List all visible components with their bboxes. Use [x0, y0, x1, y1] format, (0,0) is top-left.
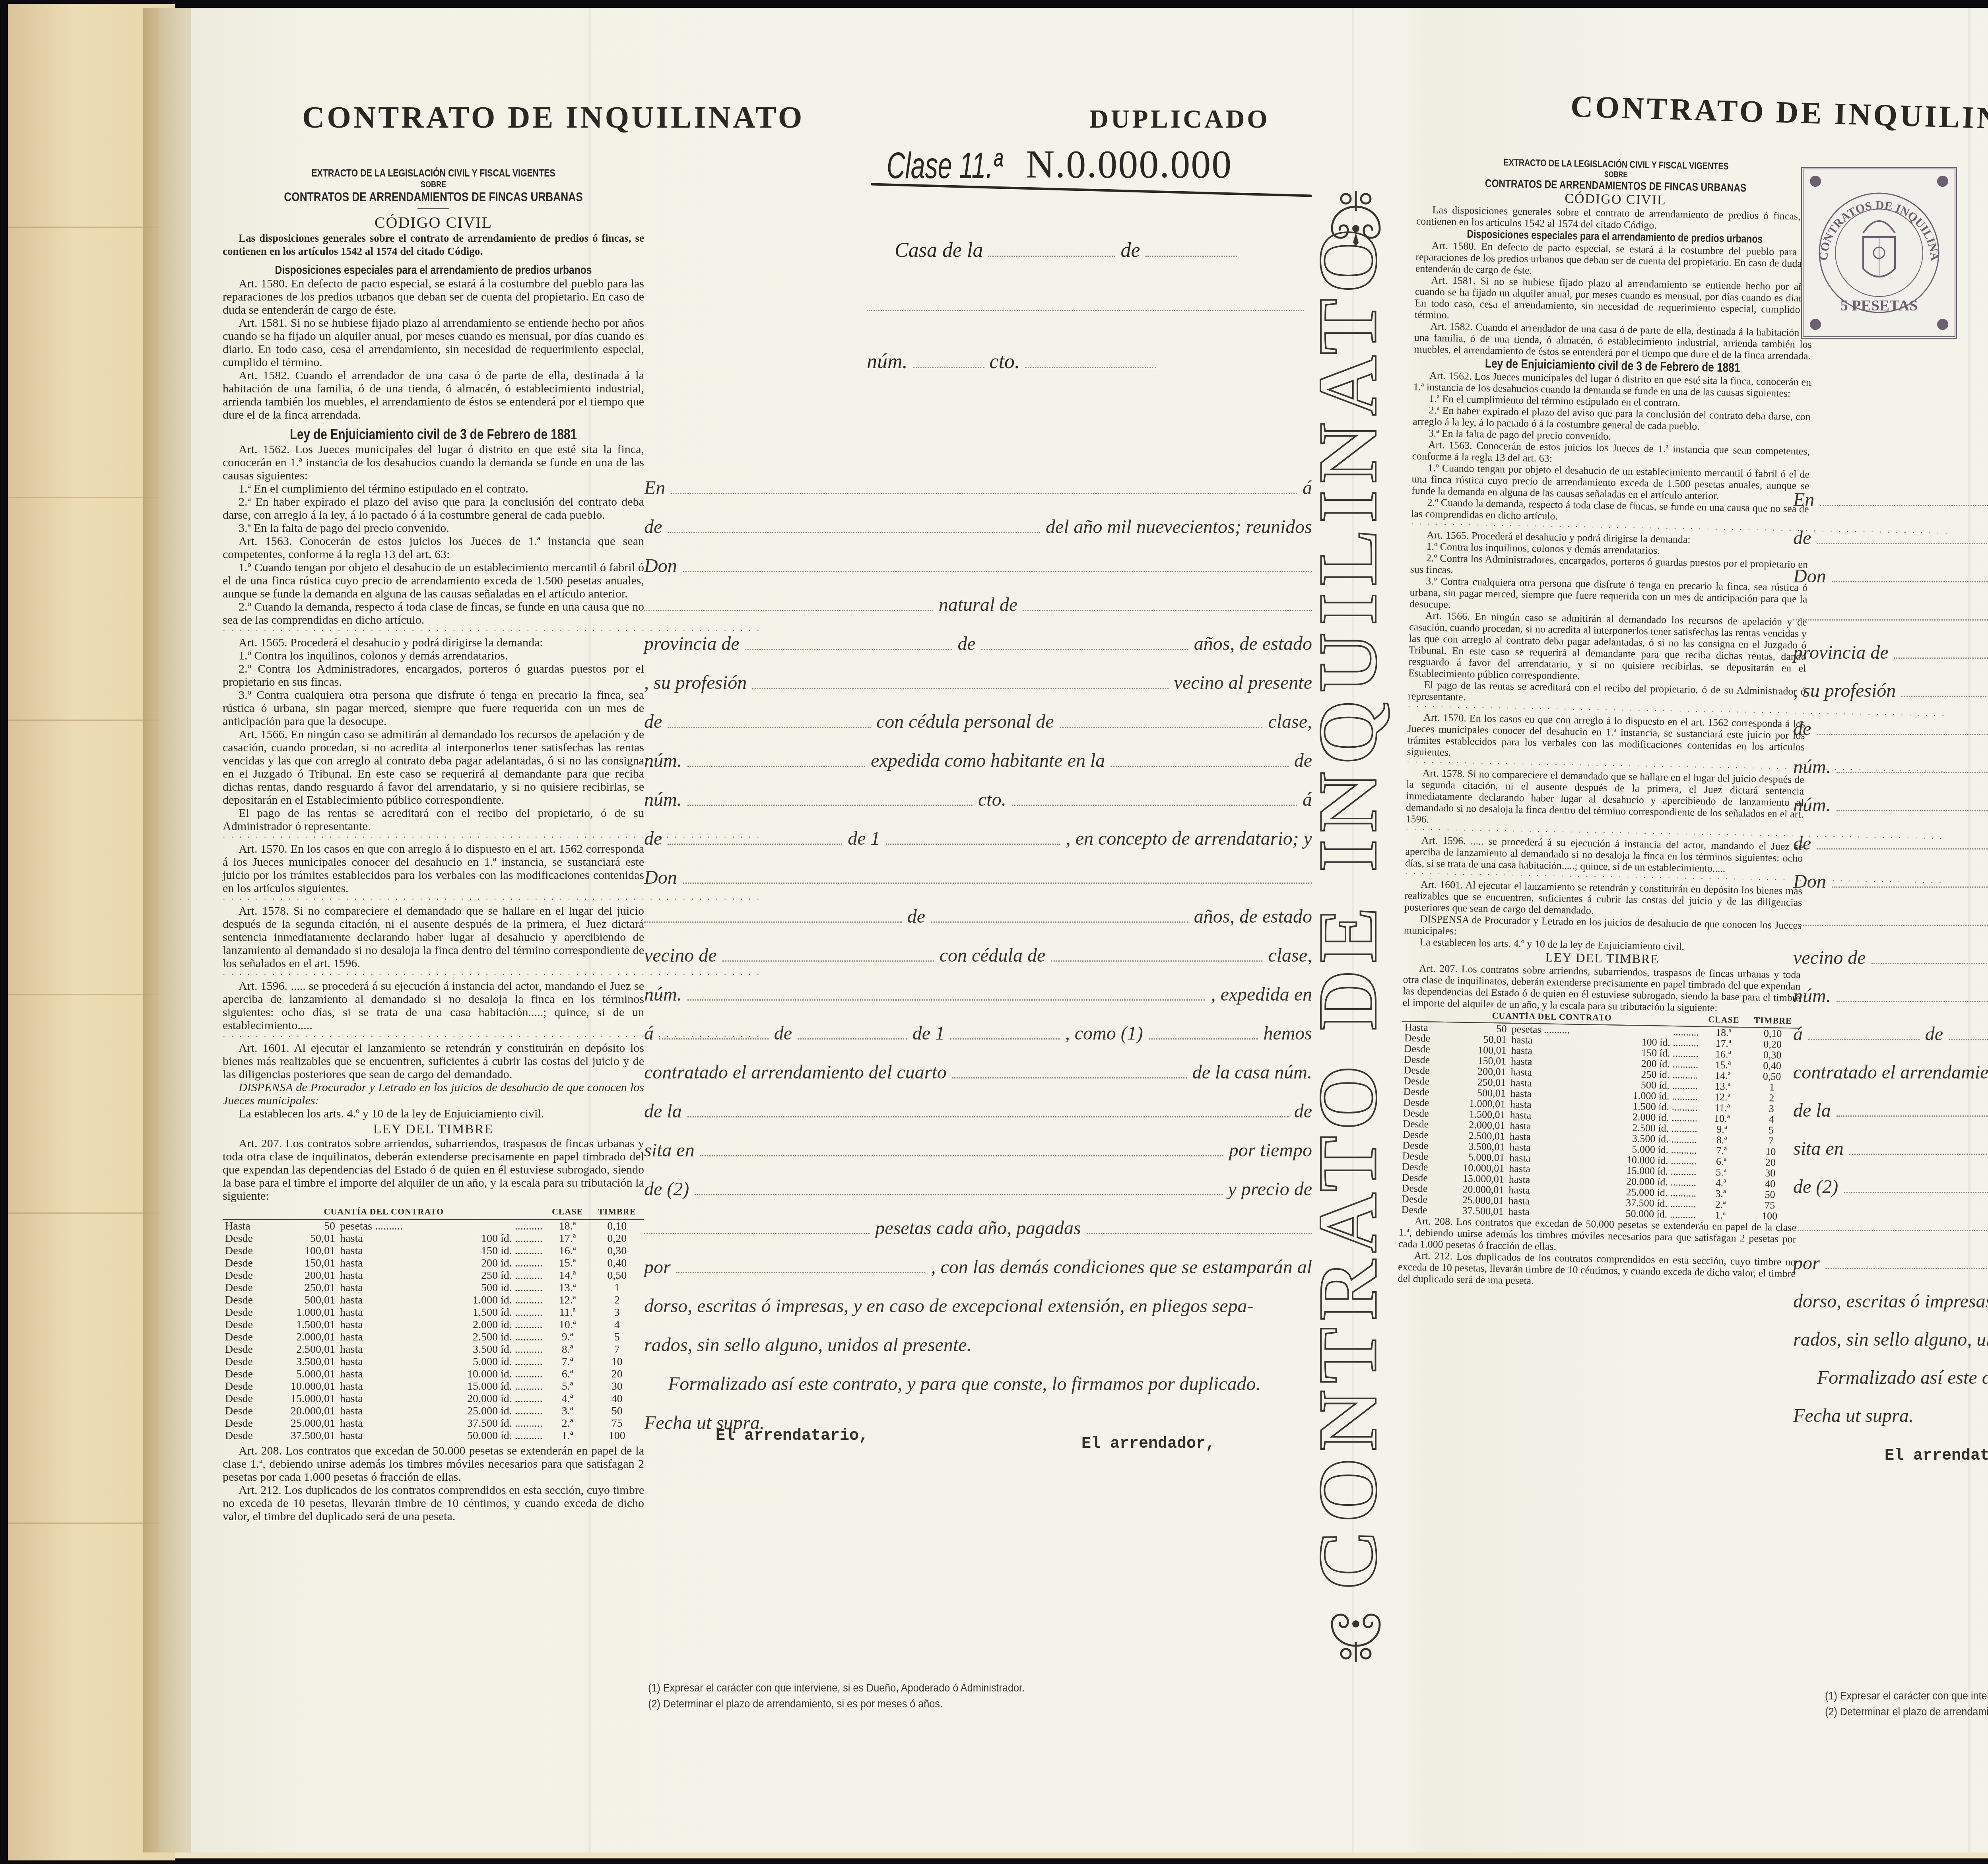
table-row: Desde100,01hasta150 íd. ..........16.ª0,… [223, 1245, 644, 1257]
form-label: de la [644, 1100, 682, 1122]
form-label: años, de estado [1194, 633, 1312, 655]
form-label: Formalizado así este contrato, y para qu… [644, 1373, 1261, 1395]
form-line: núm., expedida en [644, 983, 1312, 1005]
form-blank[interactable] [1817, 834, 1988, 850]
form-label: , con las demás condiciones que se estam… [931, 1256, 1312, 1278]
table-row: Desde150,01hasta200 íd. ..........15.ª0,… [223, 1257, 644, 1269]
form-line: rados, sin sello alguno, unidos al prese… [644, 1334, 1312, 1356]
form-label: Don [1793, 871, 1826, 892]
form-label: por tiempo [1229, 1139, 1312, 1161]
form-line: vecino decon cédula declase, [644, 945, 1312, 966]
codigo-civil-heading: CÓDIGO CIVIL [223, 213, 644, 232]
form-line: decon cédula personal declase, [644, 711, 1312, 733]
form-blank[interactable] [722, 946, 934, 962]
water-stain [143, 8, 191, 1852]
table-row: Desde200,01hasta250 íd. ..........14.ª0,… [223, 1269, 644, 1282]
form-line: por, con las demás condiciones que se es… [1793, 1252, 1988, 1274]
form-blank[interactable] [1837, 987, 1988, 1002]
form-line: núm.cto.á [1793, 794, 1988, 816]
form-label: núm. [644, 983, 682, 1005]
form-line: , su profesiónvecino al presente [1793, 680, 1988, 702]
form-blank[interactable] [683, 868, 1312, 884]
form-blank[interactable] [952, 1063, 1187, 1078]
footnote-1: (1) Expresar el carácter con que intervi… [648, 1682, 1025, 1694]
table-row: Hasta50pesetas .......... ..........18.ª… [223, 1220, 644, 1232]
right-footnote-1: (1) Expresar el carácter con que intervi… [1825, 1689, 1988, 1702]
footnote-2: (2) Determinar el plazo de arrendamiento… [648, 1697, 943, 1710]
left-page-title: CONTRATO DE INQUILINATO [302, 99, 804, 135]
form-line: Don [1793, 565, 1988, 587]
form-label: con cédula de [940, 945, 1046, 966]
timbre-scale-table: CUANTÍA DEL CONTRATO CLASE TIMBRE Hasta5… [223, 1205, 644, 1442]
form-label: , en concepto de arrendatario; y [1066, 828, 1312, 850]
form-line: deaños, de estado [644, 906, 1312, 927]
form-line: dede 1, en concepto de arrendatario; y [1793, 832, 1988, 854]
table-row: Desde10.000,01hasta15.000 íd. ..........… [223, 1380, 644, 1393]
table-row: Desde250,01hasta500 íd. ..........13.ª1 [223, 1282, 644, 1294]
form-label: dorso, escritas ó impresas, y en caso de… [1793, 1290, 1988, 1312]
casa-blank[interactable] [988, 241, 1115, 257]
form-line: por, con las demás condiciones que se es… [644, 1256, 1312, 1278]
signature-label-tenant: El arrendatario, [716, 1427, 868, 1445]
contract-number: N.0.000.000 [1026, 141, 1232, 187]
form-label: Don [1793, 565, 1826, 587]
table-row: Desde2.000,01hasta2.500 íd. ..........9.… [223, 1331, 644, 1343]
form-blank[interactable] [644, 907, 902, 923]
form-line: núm.cto.á [644, 789, 1312, 811]
form-line: decon cédula personal declase, [1793, 718, 1988, 740]
form-blank[interactable] [798, 1024, 907, 1040]
form-label: de [1793, 832, 1811, 854]
form-line: de lade [1793, 1100, 1988, 1121]
form-blank[interactable] [668, 518, 1040, 533]
form-blank[interactable] [644, 1219, 870, 1234]
form-line: Ená [644, 477, 1312, 499]
right-legal-column: EXTRACTO DE LA LEGISLACIÓN CIVIL Y FISCA… [1398, 155, 1815, 1291]
form-label: de [644, 828, 662, 850]
form-blank[interactable] [1149, 1024, 1258, 1040]
form-line: dedel año mil nuevecientos; reunidos [644, 516, 1312, 538]
ornament-bottom-icon [1320, 1606, 1392, 1662]
form-line: núm.expedida como habitante en lade [1793, 756, 1988, 778]
form-line: vecino decon cédula declase, [1793, 947, 1988, 969]
form-blank[interactable] [1060, 712, 1263, 728]
form-line: rados, sin sello alguno, unidos al prese… [1793, 1329, 1988, 1350]
form-blank[interactable] [683, 557, 1312, 572]
form-blank[interactable] [1817, 720, 1988, 735]
form-blank[interactable] [1817, 529, 1988, 544]
form-label: de [1793, 718, 1811, 740]
form-blank[interactable] [668, 712, 871, 728]
form-label: de [774, 1022, 792, 1044]
form-line: Don [644, 867, 1312, 888]
form-line: dorso, escritas ó impresas, y en caso de… [644, 1295, 1312, 1317]
form-blank[interactable] [1949, 1025, 1988, 1040]
svg-text:5 PESETAS: 5 PESETAS [1840, 297, 1918, 314]
form-line: ádede 1, como (1)hemos [644, 1022, 1312, 1044]
form-blank[interactable] [1051, 946, 1262, 962]
form-blank[interactable] [671, 479, 1297, 494]
table-row: Desde20.000,01hasta25.000 íd. ..........… [223, 1405, 644, 1417]
form-blank[interactable] [1110, 751, 1288, 767]
form-label: de la [1793, 1100, 1831, 1121]
form-label: con cédula personal de [876, 711, 1054, 733]
form-label: provincia de [1793, 642, 1888, 663]
form-line: núm.expedida como habitante en lade [644, 750, 1312, 772]
timbre-scale-table-right: CUANTÍA DEL CONTRATOCLASETIMBRE Hasta50p… [1399, 1008, 1800, 1222]
form-blank[interactable] [1793, 1216, 1988, 1231]
coat-of-arms-icon: CONTRATOS DE INQUILINATO 1900 5 PESETAS [1804, 169, 1955, 336]
form-line: pesetas cada año, pagadas [644, 1217, 1312, 1239]
form-label: expedida como habitante en la [871, 750, 1105, 772]
form-line: provincia dedeaños, de estado [644, 633, 1312, 655]
form-blank[interactable] [1872, 948, 1988, 964]
casa-de-la-field: Casa de la de [895, 239, 1237, 262]
form-label: núm. [644, 750, 682, 772]
form-blank[interactable] [1837, 758, 1988, 773]
form-blank[interactable] [1849, 1139, 1988, 1155]
svg-text:CONTRATOS DE INQUILINATO 1900: CONTRATOS DE INQUILINATO 1900 [1804, 169, 1941, 262]
form-line: de (2)y precio de [644, 1178, 1312, 1200]
form-label: por [1793, 1252, 1820, 1274]
form-line: Ená [1793, 489, 1988, 511]
form-blank[interactable] [1837, 796, 1988, 811]
form-blank[interactable] [687, 985, 1206, 1001]
num-cto-field: núm. cto. [867, 350, 1156, 373]
form-blank[interactable] [1837, 1101, 1988, 1117]
table-row: Desde25.000,01hasta37.500 íd. ..........… [223, 1417, 644, 1430]
form-blank[interactable] [981, 634, 1188, 650]
form-label: sita en [644, 1139, 695, 1161]
form-blank[interactable] [1023, 595, 1312, 611]
form-blank[interactable] [950, 1024, 1060, 1040]
form-label: vecino al presente [1174, 672, 1312, 694]
form-label: del año mil nuevecientos; reunidos [1046, 516, 1312, 538]
form-blank[interactable] [676, 1258, 926, 1273]
fiscal-stamp: CONTRATOS DE INQUILINATO 1900 5 PESETAS [1801, 167, 1957, 339]
form-blank[interactable] [1012, 790, 1297, 806]
table-row: Desde500,01hasta1.000 íd. ..........12.ª… [223, 1294, 644, 1306]
duplicado-label: DUPLICADO [1089, 104, 1270, 134]
form-blank[interactable] [1844, 1177, 1988, 1193]
form-label: Don [644, 867, 677, 888]
form-blank[interactable] [700, 1141, 1223, 1156]
vertical-title: CONTRATO DE INQUILINATO [1300, 221, 1396, 1590]
form-line: dede 1, en concepto de arrendatario; y [644, 828, 1312, 850]
form-line: deaños, de estado [1793, 909, 1988, 931]
table-row: Desde1.500,01hasta2.000 íd. ..........10… [223, 1319, 644, 1331]
form-label: Fecha ut supra. [1793, 1405, 1914, 1427]
form-blank[interactable] [886, 829, 1060, 845]
form-line: Don [1793, 871, 1988, 892]
form-line: núm., expedida en [1793, 985, 1988, 1007]
form-label: y precio de [1228, 1178, 1312, 1200]
form-label: por [644, 1256, 671, 1278]
form-line: dorso, escritas ó impresas, y en caso de… [1793, 1290, 1988, 1312]
right-footnote-2: (2) Determinar el plazo de arrendamiento… [1825, 1705, 1988, 1718]
form-blank[interactable] [695, 1180, 1222, 1195]
form-line: natural de [644, 594, 1312, 616]
form-label: de [644, 711, 662, 733]
form-blank[interactable] [1825, 1254, 1988, 1269]
form-blank[interactable] [931, 907, 1188, 923]
form-label: En [1793, 489, 1814, 511]
form-label: sita en [1793, 1138, 1844, 1160]
clase-label: Clase 11.ª [887, 145, 1002, 187]
form-line: pesetas cada año, pagadas [1793, 1214, 1988, 1236]
form-label: núm. [1793, 756, 1831, 778]
form-blank[interactable] [659, 1024, 769, 1040]
form-label: , como (1) [1065, 1022, 1143, 1044]
form-line: contratado el arrendamiento del cuartode… [644, 1061, 1312, 1083]
form-blank[interactable] [1832, 567, 1988, 582]
table-row: Desde1.000,01hasta1.500 íd. ..........11… [223, 1306, 644, 1319]
form-label: rados, sin sello alguno, unidos al prese… [1793, 1329, 1988, 1350]
legal-extract-column: EXTRACTO DE LA LEGISLACIÓN CIVIL Y FISCA… [223, 167, 644, 1523]
form-label: Formalizado así este contrato, y para qu… [1793, 1367, 1988, 1389]
form-label: dorso, escritas ó impresas, y en caso de… [644, 1295, 1254, 1317]
form-blank[interactable] [752, 673, 1168, 689]
form-label: núm. [1793, 794, 1831, 816]
form-blank[interactable] [1832, 872, 1988, 888]
table-row: Desde50,01hasta100 íd. ..........17.ª0,2… [223, 1232, 644, 1245]
form-line: de (2)y precio de [1793, 1176, 1988, 1198]
form-label: provincia de [644, 633, 739, 655]
form-line: sita enpor tiempo [644, 1139, 1312, 1161]
form-blank[interactable] [1793, 605, 1988, 621]
form-label: Don [644, 555, 677, 577]
form-blank[interactable] [1793, 910, 1988, 926]
form-label: de [1793, 527, 1811, 549]
form-line: natural de [1793, 603, 1988, 625]
form-line: Don [644, 555, 1312, 577]
form-label: , su profesión [1793, 680, 1896, 702]
form-line: ádede 1, como (1)hemos [1793, 1023, 1988, 1045]
form-blank[interactable] [1901, 681, 1988, 697]
form-blank[interactable] [745, 634, 952, 650]
table-row: Desde5.000,01hasta10.000 íd. ..........6… [223, 1368, 644, 1380]
form-line: Formalizado así este contrato, y para qu… [644, 1373, 1312, 1395]
form-label: , expedida en [1211, 983, 1312, 1005]
form-line: contratado el arrendamiento del cuartode… [1793, 1061, 1988, 1083]
form-label: rados, sin sello alguno, unidos al prese… [644, 1334, 972, 1356]
form-blank[interactable] [1087, 1219, 1312, 1234]
form-label: de 1 [912, 1022, 945, 1044]
form-line: sita enpor tiempo [1793, 1138, 1988, 1160]
right-signature-label-tenant: El arrendatario, [1885, 1447, 1988, 1465]
form-label: á [1793, 1023, 1803, 1045]
form-line: Fecha ut supra. [1793, 1405, 1988, 1427]
form-blank[interactable] [1820, 491, 1988, 506]
form-blank[interactable] [644, 595, 933, 611]
form-blank[interactable] [668, 829, 842, 845]
form-blank[interactable] [687, 751, 865, 767]
form-label: de [957, 633, 975, 655]
ley-timbre-heading: LEY DEL TIMBRE [223, 1122, 644, 1137]
form-label: contratado el arrendamiento del cuarto [1793, 1061, 1988, 1083]
form-line: , su profesiónvecino al presente [644, 672, 1312, 694]
form-label: núm. [644, 789, 682, 811]
form-label: de [644, 516, 662, 538]
form-label: vecino de [1793, 947, 1866, 969]
form-line: de lade [644, 1100, 1312, 1122]
form-label: años, de estado [1194, 906, 1312, 927]
form-label: contratado el arrendamiento del cuarto [644, 1061, 947, 1083]
form-line: provincia dedeaños, de estado [1793, 642, 1988, 663]
form-blank[interactable] [687, 1102, 1289, 1117]
form-label: cto. [978, 789, 1006, 811]
table-row: Desde3.500,01hasta5.000 íd. ..........7.… [223, 1356, 644, 1368]
form-label: de 1 [848, 828, 880, 850]
table-row: Desde2.500,01hasta3.500 íd. ..........8.… [223, 1343, 644, 1356]
form-label: de la casa núm. [1192, 1061, 1312, 1083]
form-blank[interactable] [687, 790, 973, 806]
signature-label-landlord: El arrendador, [1081, 1435, 1215, 1453]
form-label: , su profesión [644, 672, 747, 694]
form-blank[interactable] [1808, 1025, 1920, 1040]
form-line: dedel año mil nuevecientos; reunidos [1793, 527, 1988, 549]
street-blank[interactable] [867, 310, 1304, 311]
form-blank[interactable] [1894, 643, 1988, 659]
form-label: de (2) [644, 1178, 689, 1200]
table-row: Desde37.500,01hasta50.000 íd. ..........… [223, 1430, 644, 1442]
table-row: Desde15.000,01hasta20.000 íd. ..........… [223, 1393, 644, 1405]
form-line: Formalizado así este contrato, y para qu… [1793, 1367, 1988, 1389]
form-label: En [644, 477, 665, 499]
form-label: núm. [1793, 985, 1831, 1007]
enjuiciamiento-heading: Ley de Enjuiciamiento civil de 3 de Febr… [260, 426, 606, 443]
form-label: á [644, 1022, 654, 1044]
form-label: de [1925, 1023, 1943, 1045]
form-label: de (2) [1793, 1176, 1838, 1198]
form-label: vecino de [644, 945, 717, 966]
